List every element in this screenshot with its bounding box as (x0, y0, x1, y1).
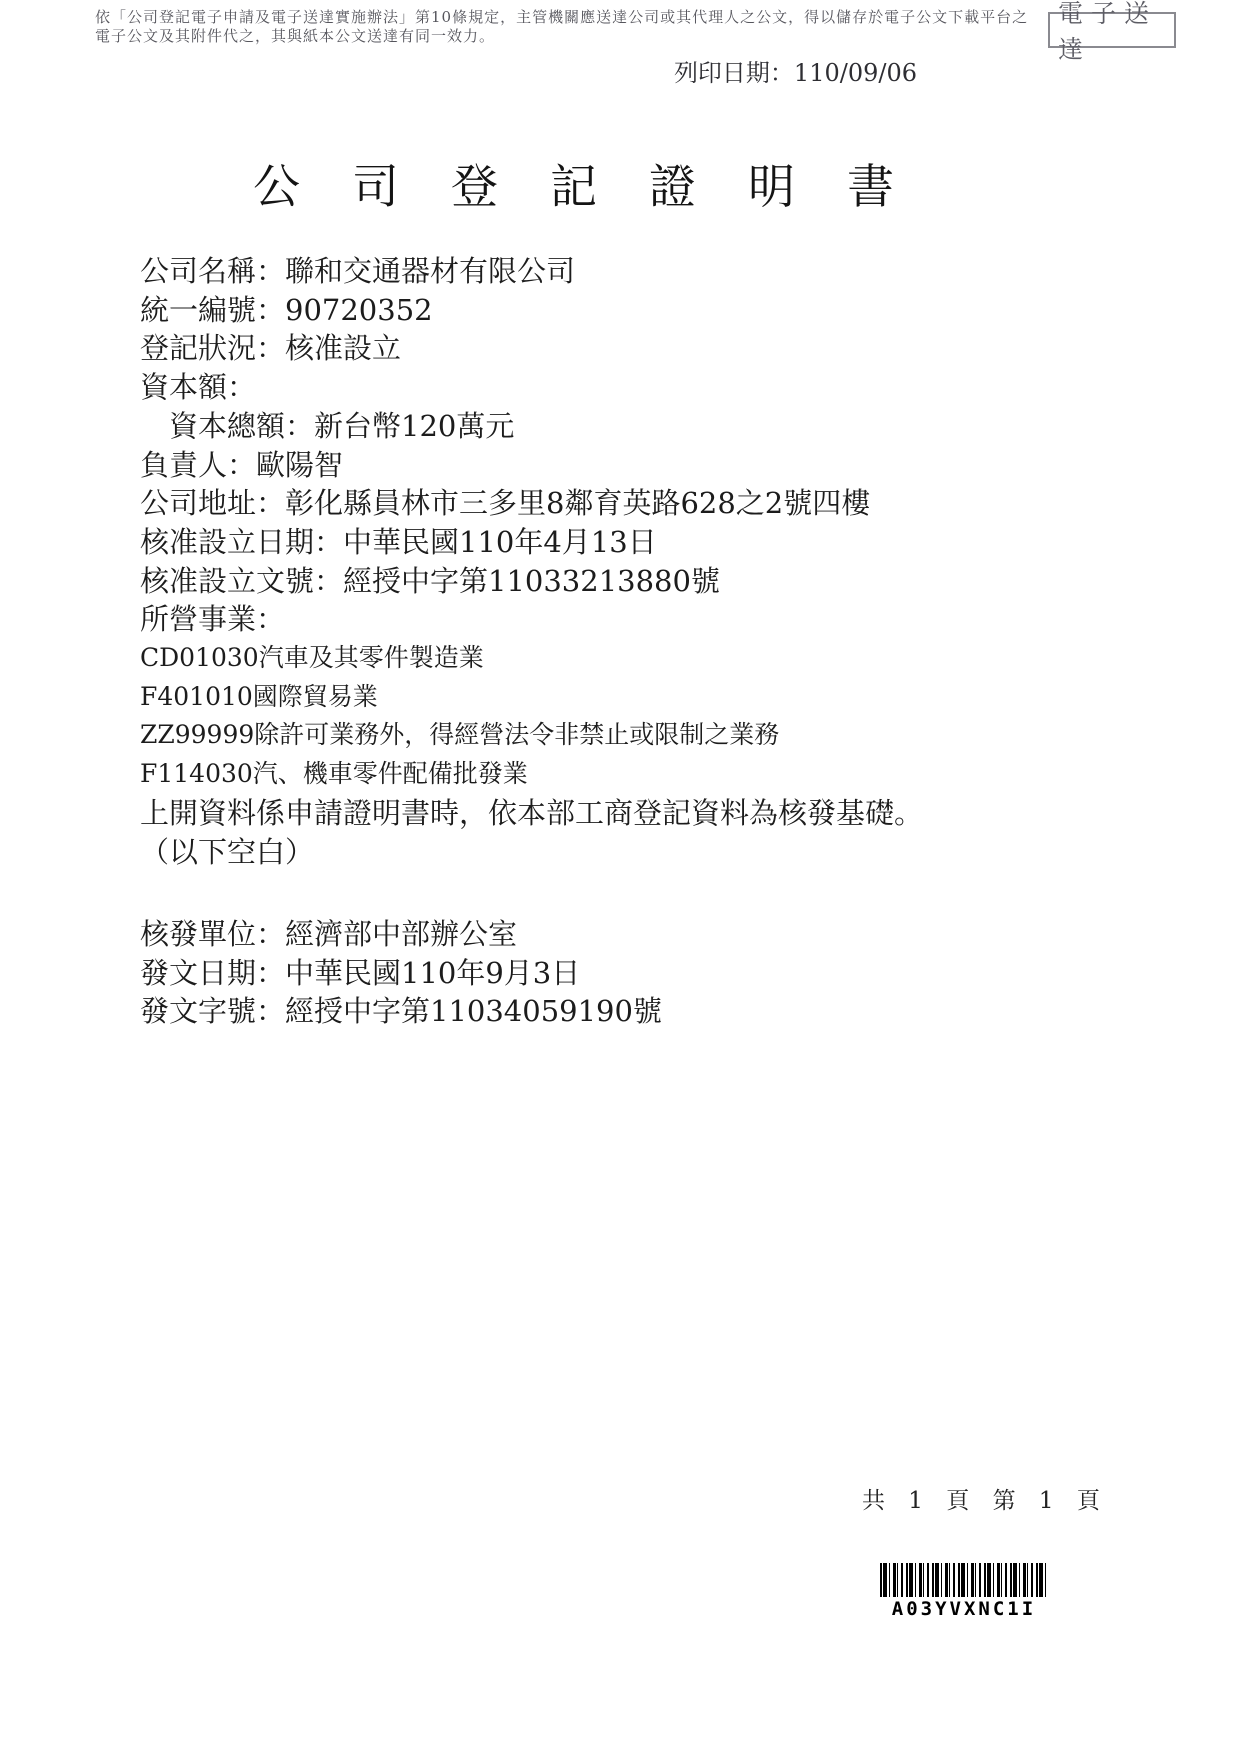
field-line: 公司地址：彰化縣員林市三多里8鄰育英路628之2號四樓 (140, 484, 1150, 523)
electronic-delivery-stamp: 電子送達 (1048, 12, 1176, 48)
field-line: 所營事業： (140, 600, 1150, 639)
issuance-line: 發文字號：經授中字第11034059190號 (140, 992, 1150, 1031)
field-line: 核准設立日期：中華民國110年4月13日 (140, 523, 1150, 562)
field-line: CD01030汽車及其零件製造業 (140, 639, 1150, 678)
certificate-page: 依「公司登記電子申請及電子送達實施辦法」第10條規定，主管機關應送達公司或其代理… (0, 0, 1240, 1755)
field-line: 公司名稱：聯和交通器材有限公司 (140, 252, 1150, 291)
field-line: 資本總額：新台幣120萬元 (140, 407, 1150, 446)
field-line: 負責人：歐陽智 (140, 446, 1150, 485)
field-line: ZZ99999除許可業務外，得經營法令非禁止或限制之業務 (140, 716, 1150, 755)
field-line: 資本額： (140, 368, 1150, 407)
field-line: 登記狀況：核准設立 (140, 329, 1150, 368)
field-line: 統一編號：90720352 (140, 291, 1150, 330)
print-date: 列印日期：110/09/06 (674, 53, 917, 88)
barcode: A03YVXNC1I (880, 1563, 1048, 1620)
document-body: 公司名稱：聯和交通器材有限公司 統一編號：90720352 登記狀況：核准設立 … (140, 252, 1150, 871)
barcode-label: A03YVXNC1I (880, 1598, 1048, 1620)
issuance-section: 核發單位：經濟部中部辦公室 發文日期：中華民國110年9月3日 發文字號：經授中… (140, 915, 1150, 1031)
stamp-label: 電子送達 (1058, 0, 1174, 66)
field-line: F401010國際貿易業 (140, 678, 1150, 717)
field-line: （以下空白） (140, 833, 1150, 872)
field-line: 核准設立文號：經授中字第11033213880號 (140, 562, 1150, 601)
barcode-image (880, 1563, 1048, 1597)
document-title: 公司登記證明書 (253, 150, 946, 217)
issuance-line: 核發單位：經濟部中部辦公室 (140, 915, 1150, 954)
field-line: 上開資料係申請證明書時，依本部工商登記資料為核發基礎。 (140, 794, 1150, 833)
page-number-footer: 共 1 頁 第 1 頁 (862, 1482, 1103, 1515)
legal-notice-text: 依「公司登記電子申請及電子送達實施辦法」第10條規定，主管機關應送達公司或其代理… (95, 8, 1043, 46)
issuance-line: 發文日期：中華民國110年9月3日 (140, 954, 1150, 993)
field-line: F114030汽、機車零件配備批發業 (140, 755, 1150, 794)
